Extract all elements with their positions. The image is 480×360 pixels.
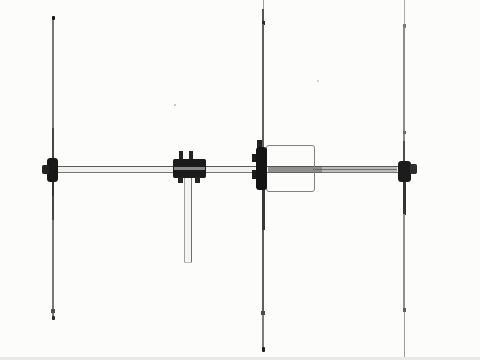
mast-tube-end [184,262,192,264]
reflector-mid-dark [52,128,54,220]
driven-clamp-lug-lower [252,170,257,180]
driven-clamp-body [256,147,267,190]
driven-below-clamp [262,188,265,230]
mast-tube-body [184,177,192,263]
director-below-clamp [403,181,406,215]
driven-top-taper [262,9,264,22]
driven-rod-lower [262,315,264,348]
mast-clamp-foot-left [178,177,183,183]
reflector-tip-bottom [52,316,55,320]
reflector-below-clamp [52,180,54,196]
mast-tube-left-line [184,177,185,263]
boom-left-cap [42,165,49,174]
antenna-figure [0,0,480,360]
ubolt-tab-left [179,151,183,160]
paper-edge-bottom [0,357,480,360]
boom-rear-shade [268,167,397,172]
driven-top-thin [263,0,264,12]
mast-clamp-band [174,167,205,171]
boom-right-cap [410,164,417,173]
director-collar-bottom [403,308,406,312]
driven-clamp-tab-top [257,140,262,149]
reflector-rod [52,18,54,320]
director-rod-tail [404,312,406,360]
driven-rod [262,24,264,314]
reflector-tip-top [52,16,55,21]
boom-bottom-line [46,172,414,173]
driven-tip-bottom [262,347,265,353]
director-above-clamp [403,141,405,162]
ubolt-tab-right [189,151,194,160]
boom-top-line [46,166,414,167]
mast-tube-right-line [191,177,192,263]
boom-rear-mid-line [313,169,397,170]
paper-speck-2 [317,80,319,82]
driven-collar-top [262,21,265,25]
mast-clamp-body [173,159,206,179]
boom-feed-shade [268,166,322,172]
director-rod-lower [403,214,405,311]
driven-collar-bottom [261,311,265,315]
director-collar-top [403,24,406,28]
matching-box [266,145,315,192]
boom-body [46,167,414,172]
reflector-clamp [47,158,58,182]
director-top-thin [404,0,405,26]
reflector-collar-bottom [51,309,55,313]
director-rod-upper [403,27,405,163]
director-joint-mid [403,131,406,134]
director-clamp [398,161,411,182]
mast-clamp-foot-right [195,177,200,183]
paper-speck-1 [174,104,176,106]
driven-clamp-lug-upper [252,154,257,162]
